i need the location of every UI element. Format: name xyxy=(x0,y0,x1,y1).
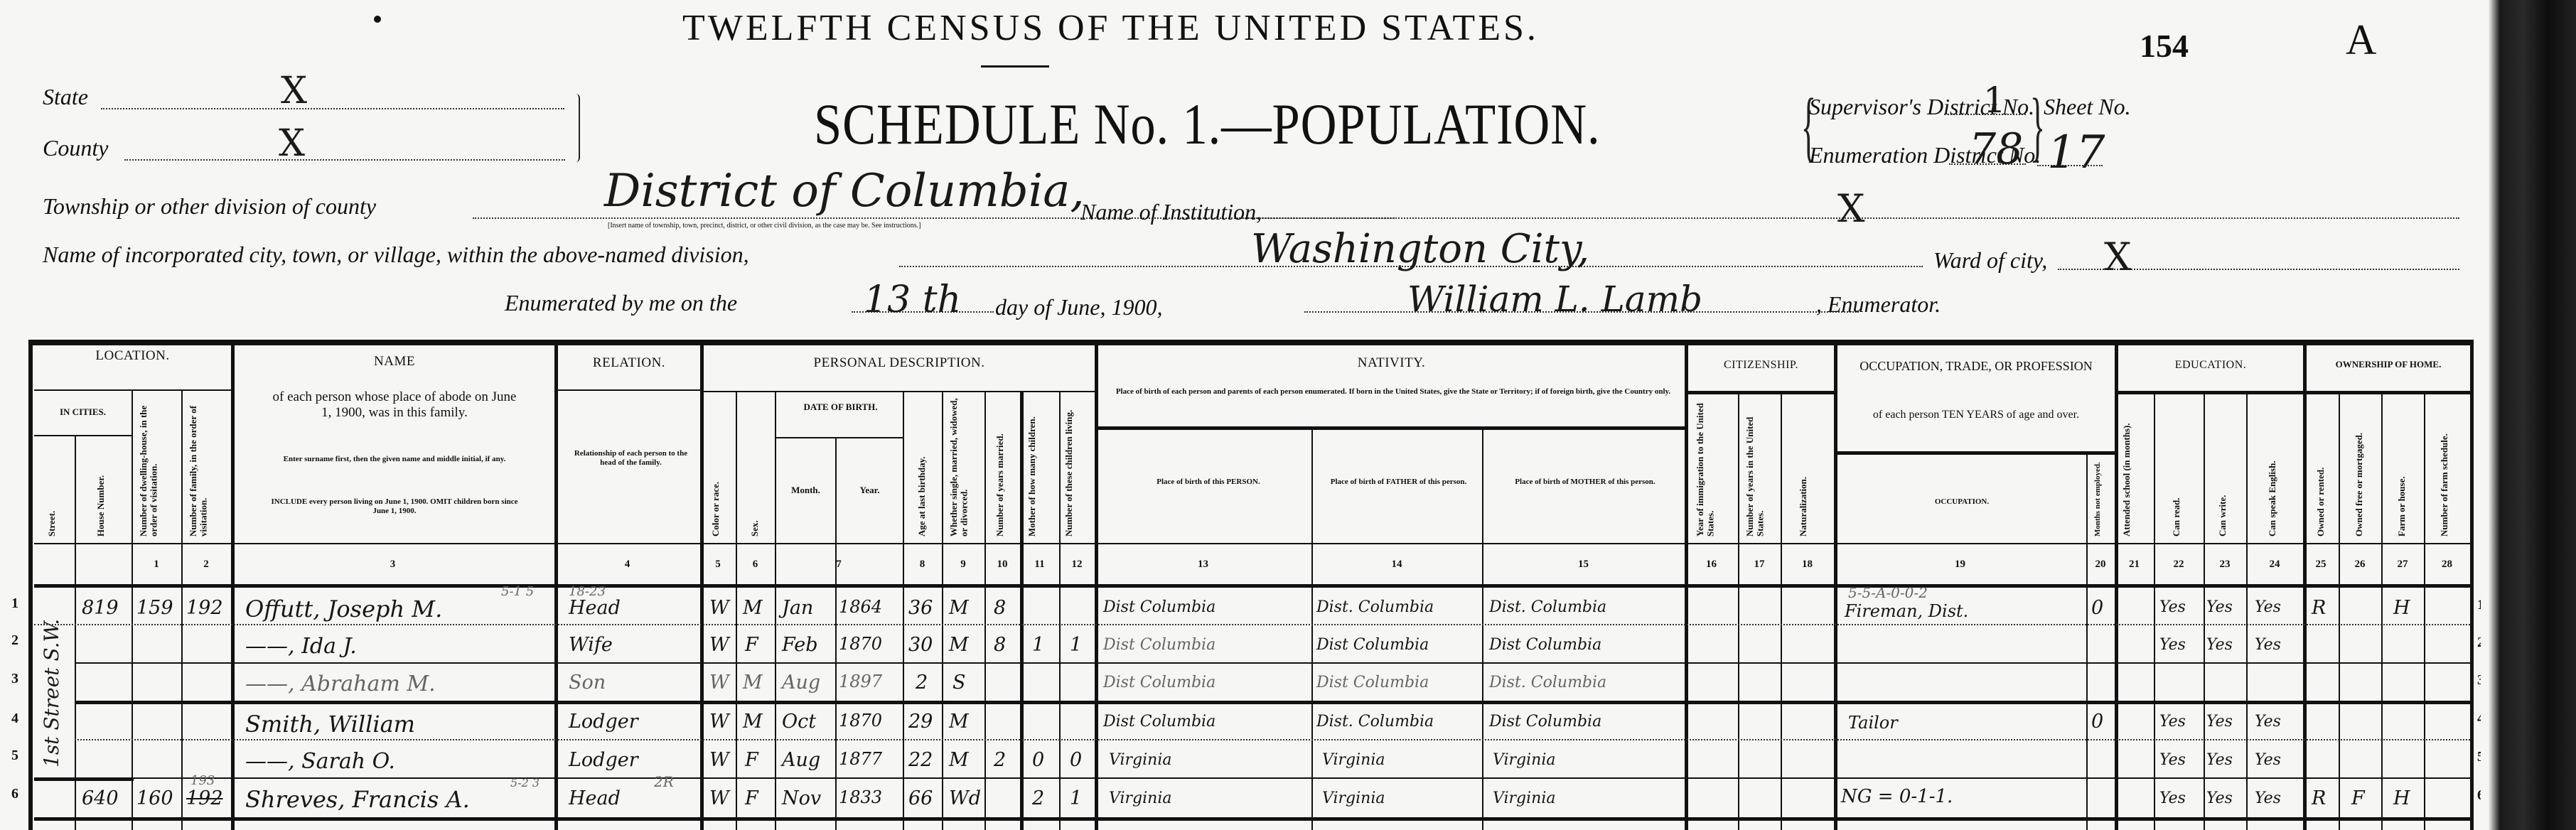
house-number: 640 xyxy=(82,787,119,809)
birthplace-person: Virginia xyxy=(1109,789,1172,807)
street-header: Street. xyxy=(47,455,57,537)
ownership-header: OWNERSHIP OF HOME. xyxy=(2307,359,2470,370)
can-read: Yes xyxy=(2159,636,2186,654)
can-speak-english: Yes xyxy=(2255,598,2281,616)
state-line xyxy=(101,108,564,109)
can-write: Yes xyxy=(2206,636,2233,654)
column-number: 15 xyxy=(1482,559,1685,571)
enumerator-label: , Enumerator. xyxy=(1816,291,1941,318)
color: W xyxy=(709,634,729,656)
relation-annotation: 2R xyxy=(654,773,674,790)
birth-year: 1833 xyxy=(839,787,882,807)
can-write-header: Can write. xyxy=(2218,483,2228,537)
color: W xyxy=(709,787,729,809)
birthplace-mother: Virginia xyxy=(1493,789,1556,807)
birth-month: Aug xyxy=(782,672,820,694)
sheet-label: Sheet No. xyxy=(2044,94,2131,120)
county-line xyxy=(124,159,565,161)
enumeration-value: 78 xyxy=(1969,124,2023,174)
sheet-value: 17 xyxy=(2047,126,2105,179)
can-write: Yes xyxy=(2206,789,2233,807)
birth-father-header: Place of birth of FATHER of this person. xyxy=(1319,478,1478,487)
birthplace-person: Dist Columbia xyxy=(1103,713,1215,731)
can-speak-english: Yes xyxy=(2255,751,2281,769)
month-header: Month. xyxy=(776,485,835,496)
line-number: 5 xyxy=(11,748,18,764)
relation: Lodger xyxy=(569,749,638,771)
occupation-header: OCCUPATION. xyxy=(1837,497,2086,507)
mother-of-header: Mother of how many children. xyxy=(1027,398,1054,537)
relation: Son xyxy=(569,672,606,694)
column-number: 27 xyxy=(2381,559,2424,571)
birthplace-person: Virginia xyxy=(1109,751,1172,769)
person-name: ——, Ida J. xyxy=(245,634,357,659)
relation: Lodger xyxy=(569,711,638,733)
birth-year: 1870 xyxy=(839,634,882,654)
column-number: 8 xyxy=(903,559,942,571)
mother-of-children: 2 xyxy=(1032,787,1044,809)
birth-year: 1877 xyxy=(839,749,882,769)
occupation: Fireman, Dist. xyxy=(1845,601,1968,621)
person-name: ——, Abraham M. xyxy=(245,672,436,696)
dwelling-number: 159 xyxy=(136,597,173,619)
can-speak-english-header: Can speak English. xyxy=(2268,433,2277,537)
can-read: Yes xyxy=(2159,713,2186,731)
age: 30 xyxy=(908,634,933,656)
county-label: County xyxy=(43,135,108,161)
color-header: Color or race. xyxy=(711,448,721,537)
column-number: 4 xyxy=(554,559,700,571)
birth-month: Jan xyxy=(782,597,813,619)
relation: Head xyxy=(569,787,621,809)
relation: Wife xyxy=(569,634,613,656)
line-number: 6 xyxy=(11,786,18,802)
location-header: LOCATION. xyxy=(34,348,231,364)
color: W xyxy=(709,711,729,733)
house-number-header: House Number. xyxy=(96,448,106,537)
column-number: 25 xyxy=(2303,559,2339,571)
census-title: TWELFTH CENSUS OF THE UNITED STATES. xyxy=(682,7,1539,49)
can-write: Yes xyxy=(2206,751,2233,769)
district-brace-right: } xyxy=(2030,87,2045,165)
line-number: 4 xyxy=(11,711,18,727)
mother-of-children: 1 xyxy=(1032,634,1044,656)
birth-year: 1864 xyxy=(839,597,882,617)
farm-or-house: H xyxy=(2393,597,2410,619)
column-number: 2 xyxy=(181,559,231,571)
column-number: 6 xyxy=(736,559,775,571)
relation: Head xyxy=(569,597,621,619)
birth-mother-header: Place of birth of MOTHER of this person. xyxy=(1489,478,1681,487)
years-married-header: Number of years married. xyxy=(995,398,1005,537)
column-number: 14 xyxy=(1311,559,1482,571)
column-number: 21 xyxy=(2115,559,2154,571)
birthplace-mother: Virginia xyxy=(1493,751,1556,769)
birth-person-header: Place of birth of this PERSON. xyxy=(1112,478,1304,487)
birthplace-mother: Dist. Columbia xyxy=(1489,674,1606,691)
column-number: 19 xyxy=(1834,559,2086,571)
punch-dot xyxy=(374,16,381,23)
column-number: 3 xyxy=(231,559,554,571)
can-speak-english: Yes xyxy=(2255,789,2281,807)
marital-status: M xyxy=(949,634,969,656)
birthplace-father: Dist. Columbia xyxy=(1316,713,1434,731)
months-unemployed: 0 xyxy=(2091,711,2103,733)
family-number-header: Number of family, in the order of visita… xyxy=(188,394,225,537)
birth-month: Aug xyxy=(782,749,820,771)
state-label: State xyxy=(43,84,88,110)
supervisor-value: 1 xyxy=(1983,80,2006,121)
birth-year: 1897 xyxy=(839,672,882,691)
birth-year: 1870 xyxy=(839,711,882,731)
years-married: 8 xyxy=(994,634,1006,656)
sex-header: Sex. xyxy=(750,490,760,537)
birth-month: Feb xyxy=(782,634,818,656)
sex: F xyxy=(745,787,758,809)
page-binding-edge xyxy=(2481,0,2576,830)
birthplace-person: Dist Columbia xyxy=(1103,674,1215,691)
name-annotation: 5-2 3 xyxy=(510,776,540,789)
immigration-year-header: Year of immigration to the United States… xyxy=(1695,398,1732,537)
color: W xyxy=(709,749,729,771)
can-speak-english: Yes xyxy=(2255,636,2281,654)
birthplace-father: Virginia xyxy=(1322,789,1385,807)
age: 29 xyxy=(908,711,933,733)
mother-of-children: 0 xyxy=(1032,749,1044,771)
column-number: 20 xyxy=(2086,559,2115,571)
personal-description-header: PERSONAL DESCRIPTION. xyxy=(704,355,1095,371)
can-read-header: Can read. xyxy=(2172,483,2181,537)
nativity-description: Place of birth of each person and parent… xyxy=(1109,387,1678,397)
age: 2 xyxy=(916,672,928,694)
name-instruction-include: INCLUDE every person living on June 1, 1… xyxy=(270,497,519,516)
occupation: Tailor xyxy=(1848,713,1898,733)
sex: F xyxy=(745,749,758,771)
column-number: 24 xyxy=(2246,559,2303,571)
birth-month: Oct xyxy=(782,711,816,733)
marital-status: M xyxy=(949,749,969,771)
birthplace-mother: Dist Columbia xyxy=(1489,713,1601,731)
occupation-group-header: OCCUPATION, TRADE, OR PROFESSION xyxy=(1841,359,2111,374)
page-letter: A xyxy=(2346,16,2376,65)
birthplace-person: Dist Columbia xyxy=(1103,598,1215,616)
can-write: Yes xyxy=(2206,713,2233,731)
street-annotation: 1st Street S.W. xyxy=(40,568,63,767)
ward-value: X xyxy=(2104,235,2131,279)
name-header: NAME xyxy=(235,354,554,370)
age-header: Age at last birthday. xyxy=(917,419,927,537)
enumerated-prefix: Enumerated by me on the xyxy=(505,290,737,316)
column-number: 9 xyxy=(942,559,984,571)
dwelling-number-header: Number of dwelling-house, in the order o… xyxy=(139,394,176,537)
column-number: 22 xyxy=(2154,559,2204,571)
farm-schedule-header: Number of farm schedule. xyxy=(2440,398,2449,537)
sex: M xyxy=(743,672,763,694)
column-number: 10 xyxy=(984,559,1020,571)
years-in-us-header: Number of years in the United States. xyxy=(1745,398,1776,537)
column-number: 5 xyxy=(700,559,736,571)
birthplace-father: Dist Columbia xyxy=(1316,636,1429,654)
township-instruction: [Insert name of township, town, precinct… xyxy=(608,222,921,230)
column-number: 12 xyxy=(1059,559,1095,571)
can-read: Yes xyxy=(2159,598,2186,616)
city-label: Name of incorporated city, town, or vill… xyxy=(43,242,749,268)
state-county-brace xyxy=(576,94,580,162)
citizenship-header: CITIZENSHIP. xyxy=(1688,359,1834,372)
person-name: Offutt, Joseph M. xyxy=(245,595,442,622)
column-number: 16 xyxy=(1685,559,1738,571)
owned-rented: R xyxy=(2312,787,2326,809)
enumerated-suffix: day of June, 1900, xyxy=(995,294,1163,320)
marital-status: Wd xyxy=(949,787,981,809)
occupation-description: of each person TEN YEARS of age and over… xyxy=(1848,409,2104,421)
column-number: 18 xyxy=(1781,559,1834,571)
sex: M xyxy=(743,711,763,733)
person-name: Smith, William xyxy=(245,711,415,738)
attended-school-header: Attended school (in months). xyxy=(2122,398,2149,537)
township-label: Township or other division of county xyxy=(43,193,376,220)
sex: F xyxy=(745,634,758,656)
ward-label: Ward of city, xyxy=(1933,247,2047,274)
family-number: 192 xyxy=(186,597,223,619)
naturalization-header: Naturalization. xyxy=(1798,455,1808,537)
marital-header: Whether single, married, widowed, or div… xyxy=(949,398,979,537)
can-write: Yes xyxy=(2206,598,2233,616)
township-value: District of Columbia, xyxy=(604,165,1085,217)
column-number: 7 xyxy=(775,559,903,571)
relation-annotation: 18-23 xyxy=(569,584,606,599)
children-living-header: Number of these children living. xyxy=(1064,398,1091,537)
column-number: 11 xyxy=(1020,559,1059,571)
can-speak-english: Yes xyxy=(2255,713,2281,731)
person-name: ——, Sarah O. xyxy=(245,749,395,774)
column-number: 1 xyxy=(132,559,181,571)
line-number: 3 xyxy=(11,671,18,687)
column-number: 23 xyxy=(2204,559,2246,571)
relation-description: Relationship of each person to the head … xyxy=(569,449,693,468)
farm-or-house: H xyxy=(2393,787,2410,809)
education-header: EDUCATION. xyxy=(2118,359,2303,372)
page-number: 154 xyxy=(2140,27,2189,65)
months-unemployed-header: Months not employed. xyxy=(2093,462,2112,537)
children-living: 1 xyxy=(1070,787,1082,809)
in-cities-header: IN CITIES. xyxy=(34,406,132,418)
can-read: Yes xyxy=(2159,751,2186,769)
enumerated-day: 13 th xyxy=(864,279,961,321)
family-number: 192 xyxy=(186,787,223,809)
name-annotation: 5-1 5 xyxy=(501,584,534,599)
dwelling-number: 160 xyxy=(136,787,173,809)
column-number: 17 xyxy=(1738,559,1781,571)
date-of-birth-header: DATE OF BIRTH. xyxy=(778,401,903,413)
nativity-header: NATIVITY. xyxy=(1098,355,1685,371)
marital-status: M xyxy=(949,597,969,619)
family-number-correction: 193 xyxy=(190,773,215,788)
birthplace-mother: Dist. Columbia xyxy=(1489,598,1606,616)
marital-status: M xyxy=(949,711,969,733)
city-value: Washington City, xyxy=(1251,226,1589,272)
sex: M xyxy=(743,597,763,619)
color: W xyxy=(709,672,729,694)
birthplace-father: Dist. Columbia xyxy=(1316,598,1434,616)
age: 66 xyxy=(908,787,933,809)
column-number: 13 xyxy=(1095,559,1311,571)
title-ornament xyxy=(981,65,1049,68)
birthplace-father: Dist Columbia xyxy=(1316,674,1429,691)
children-living: 0 xyxy=(1070,749,1082,771)
years-married: 8 xyxy=(994,597,1006,619)
column-number: 28 xyxy=(2424,559,2470,571)
state-value: X xyxy=(281,70,307,112)
occupation-code: 5-5-A-0-0-2 xyxy=(1848,584,1928,601)
birthplace-father: Virginia xyxy=(1322,751,1385,769)
owned-free-mortgaged: F xyxy=(2351,787,2365,809)
occupation: NG = 0-1-1. xyxy=(1841,786,1953,807)
year-header: Year. xyxy=(837,485,903,496)
farm-house-header: Farm or house. xyxy=(2397,462,2407,537)
institution-label: Name of Institution, xyxy=(1080,199,1262,225)
owned-rented: R xyxy=(2312,597,2326,619)
months-unemployed: 0 xyxy=(2091,597,2103,619)
line-number: 1 xyxy=(11,595,18,612)
schedule-title: SCHEDULE No. 1.—POPULATION. xyxy=(814,91,1601,158)
age: 22 xyxy=(908,749,933,771)
person-name: Shreves, Francis A. xyxy=(245,786,470,813)
name-description: of each person whose place of abode on J… xyxy=(270,389,519,421)
column-number: 26 xyxy=(2339,559,2381,571)
enumerator-name: William L. Lamb xyxy=(1407,279,1702,320)
institution-value: X xyxy=(1837,186,1864,231)
owned-rented-header: Owned or rented. xyxy=(2316,455,2326,537)
birth-month: Nov xyxy=(782,787,821,809)
name-instruction-surname: Enter surname first, then the given name… xyxy=(270,455,519,464)
relation-header: RELATION. xyxy=(558,355,700,371)
birthplace-person: Dist Columbia xyxy=(1103,636,1215,654)
can-read: Yes xyxy=(2159,789,2186,807)
age: 36 xyxy=(908,597,933,619)
years-married: 2 xyxy=(994,749,1006,771)
free-mortgaged-header: Owned free or mortgaged. xyxy=(2354,398,2364,537)
birthplace-mother: Dist Columbia xyxy=(1489,636,1601,654)
county-value: X xyxy=(279,122,305,165)
children-living: 1 xyxy=(1070,634,1082,656)
line-number: 2 xyxy=(11,632,18,649)
house-number: 819 xyxy=(82,597,119,619)
color: W xyxy=(709,597,729,619)
marital-status: S xyxy=(952,672,966,694)
